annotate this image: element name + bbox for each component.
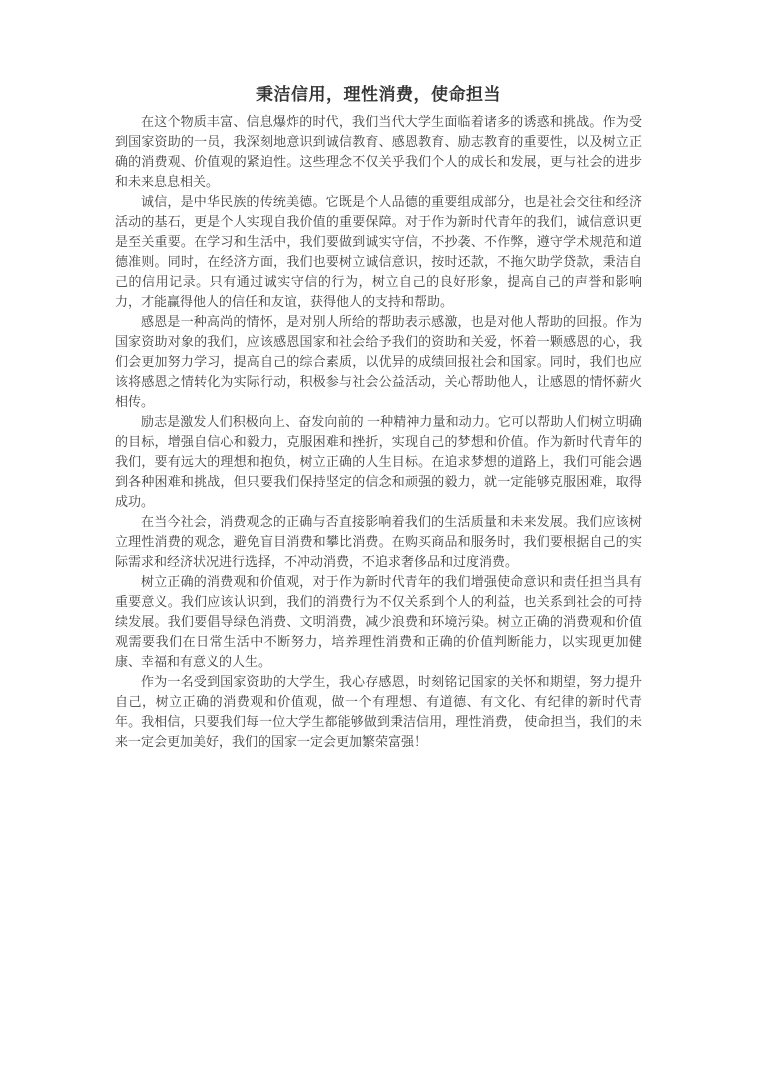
paragraph-integrity: 诚信，是中华民族的传统美德。它既是个人品德的重要组成部分，也是社会交往和经济活动… (115, 192, 642, 312)
document-content: 秉洁信用，理性消费，使命担当 在这个物质丰富、信息爆炸的时代，我们当代大学生面临… (115, 83, 642, 752)
paragraph-aspiration: 励志是激发人们积极向上、奋发向前的 一种精神力量和动力。它可以帮助人们树立明确的… (115, 412, 642, 512)
paragraph-conclusion: 作为一名受到国家资助的大学生，我心存感恩，时刻铭记国家的关怀和期望，努力提升自己… (115, 672, 642, 752)
paragraph-rational-consumption: 在当今社会，消费观念的正确与否直接影响着我们的生活质量和未来发展。我们应该树立理… (115, 512, 642, 572)
paragraph-values: 树立正确的消费观和价值观，对于作为新时代青年的我们增强使命意识和责任担当具有重要… (115, 572, 642, 672)
document-title: 秉洁信用，理性消费，使命担当 (115, 83, 642, 106)
paragraph-intro: 在这个物质丰富、信息爆炸的时代，我们当代大学生面临着诸多的诱惑和挑战。作为受到国… (115, 112, 642, 192)
paragraph-gratitude: 感恩是一种高尚的情怀，是对别人所给的帮助表示感激，也是对他人帮助的回报。作为国家… (115, 312, 642, 412)
document-page: 秉洁信用，理性消费，使命担当 在这个物质丰富、信息爆炸的时代，我们当代大学生面临… (0, 0, 757, 1070)
